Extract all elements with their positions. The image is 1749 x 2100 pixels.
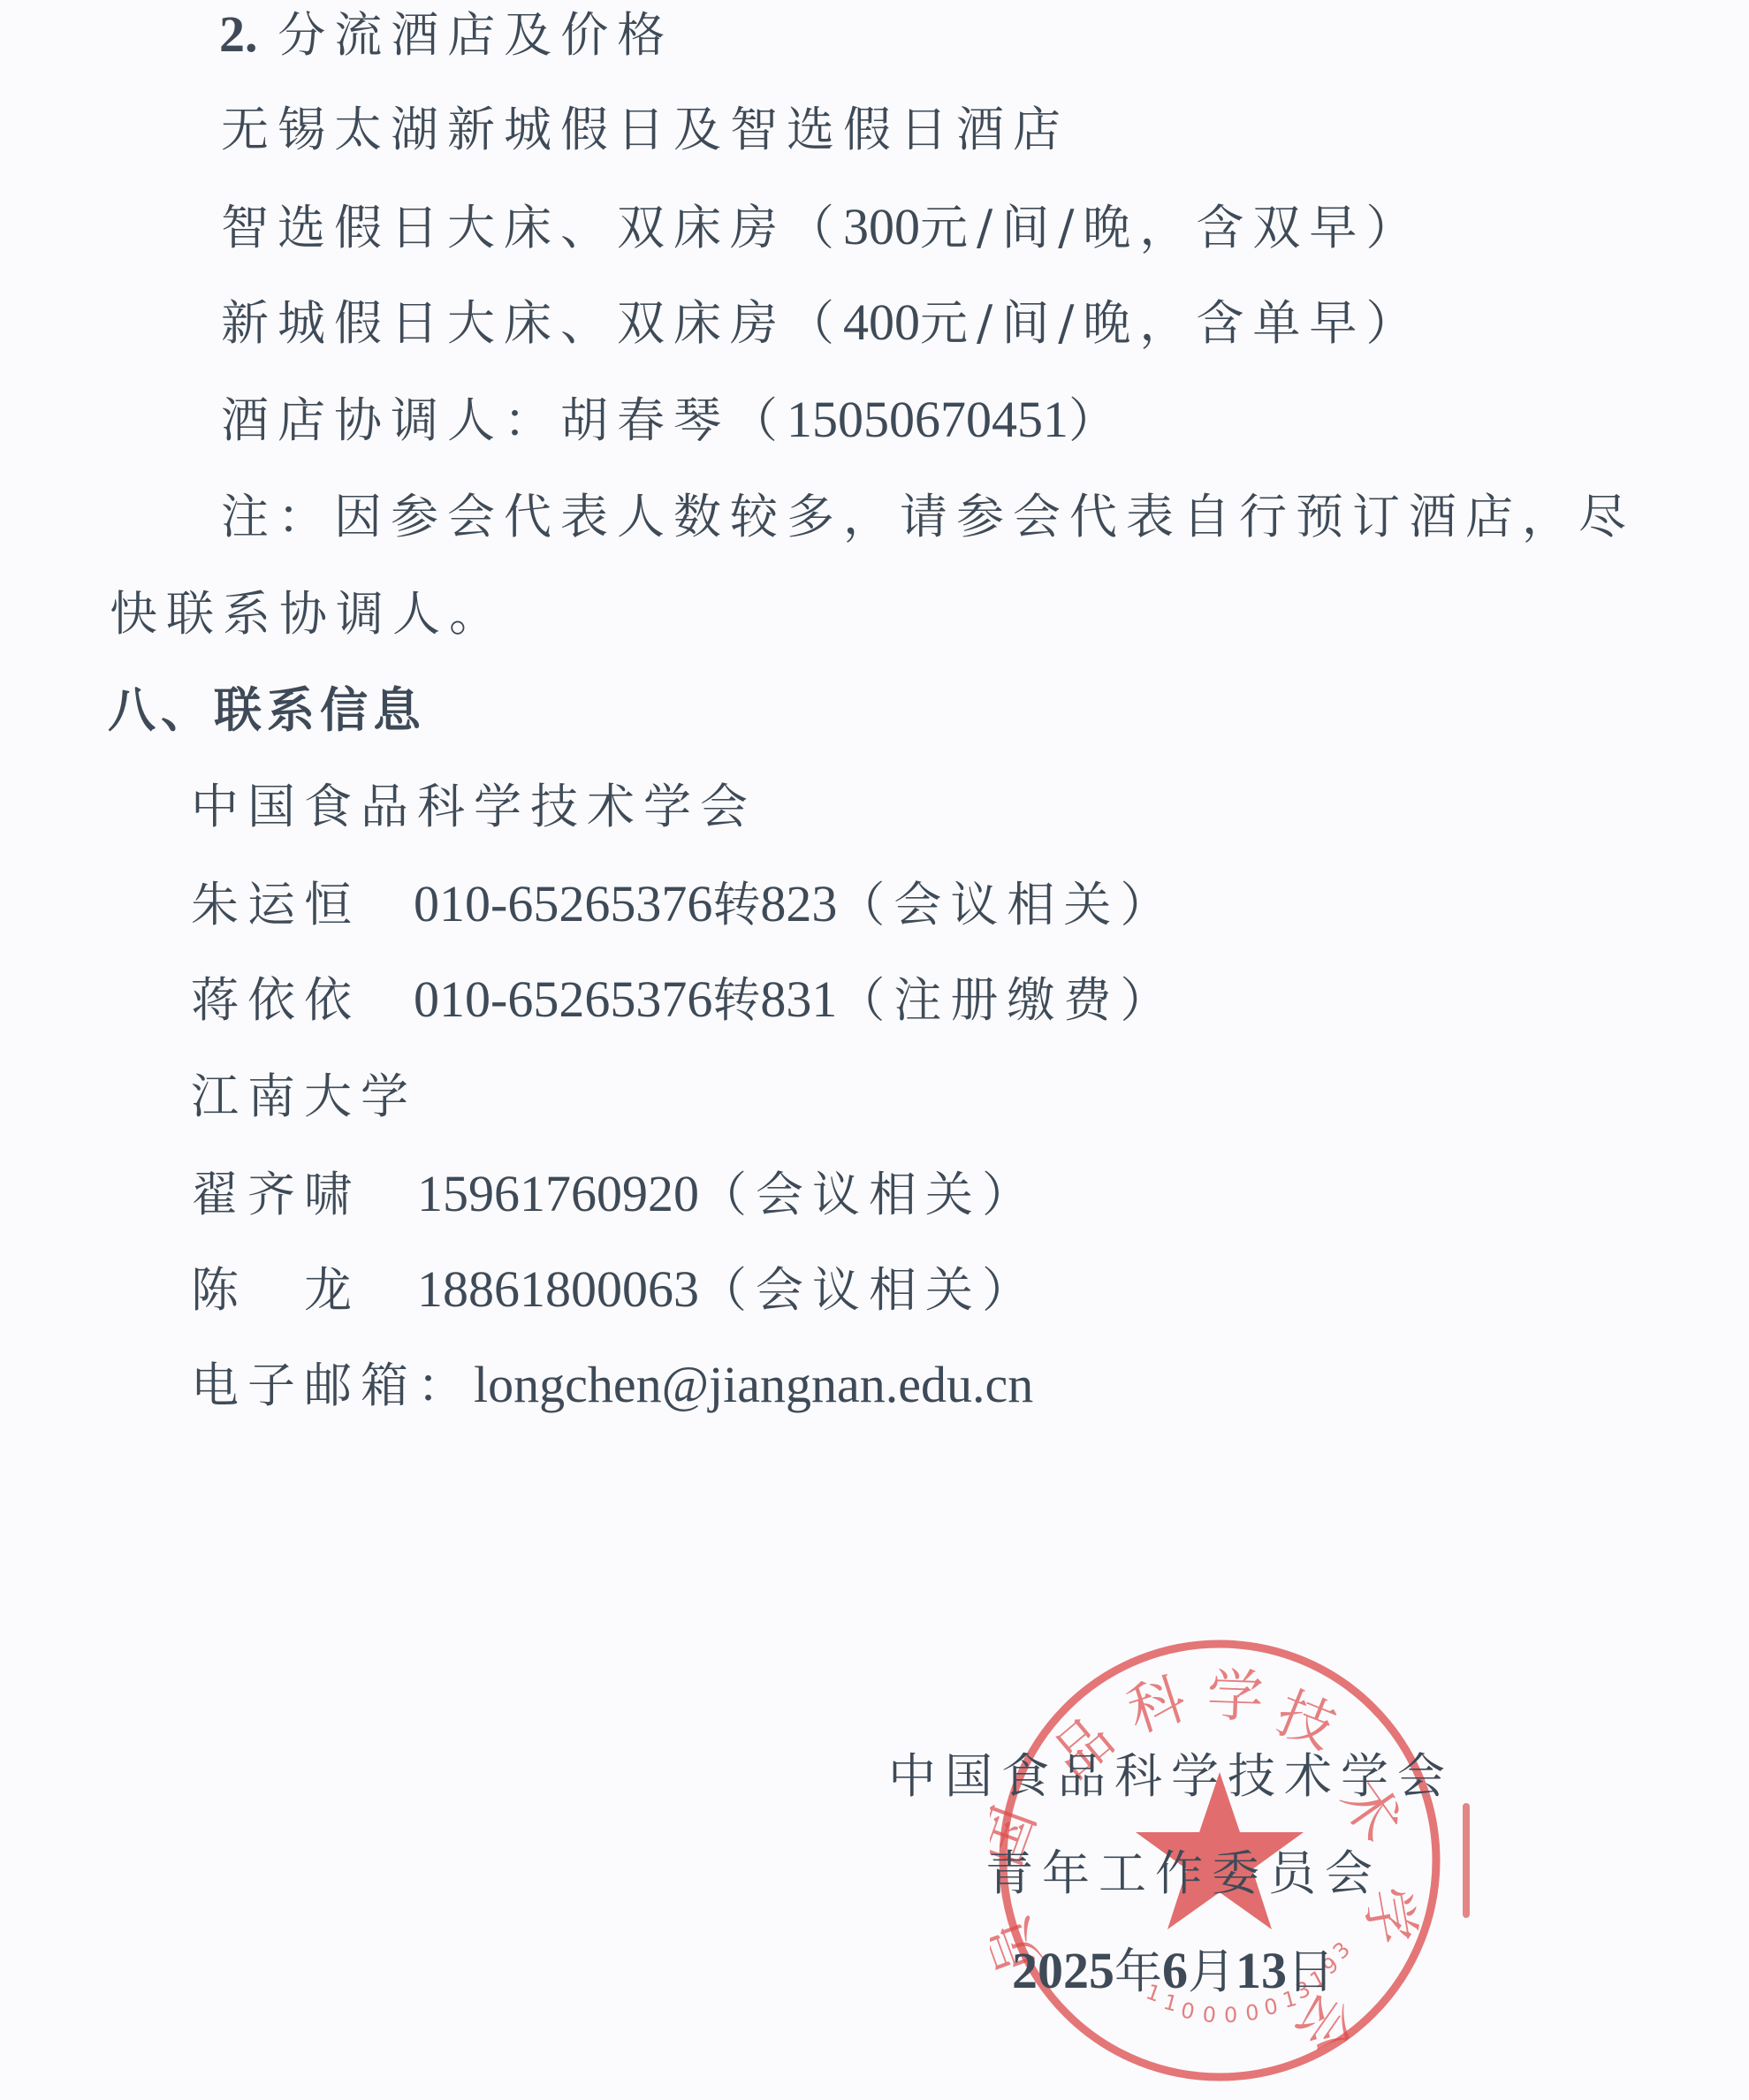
svg-text:0: 0 — [1224, 2003, 1237, 2028]
org-1: 中国食品科学技术学会 — [191, 776, 757, 838]
signature-committee: 青年工作委员会 — [985, 1843, 1381, 1905]
subheading-text: 分流酒店及价格 — [278, 7, 673, 63]
contact-purpose: （会议相关） — [837, 877, 1176, 932]
svg-text:0: 0 — [1244, 2000, 1260, 2026]
contact-purpose: （会议相关） — [699, 1167, 1038, 1222]
room-option-price: 400 — [843, 293, 920, 351]
contact-row: 翟齐啸15961760920（会议相关） — [191, 1163, 1038, 1226]
coordinator-label: 酒店协调人：胡春琴（ — [221, 392, 787, 448]
contact-heading: 八、联系信息 — [108, 679, 426, 741]
hotel-subheading: 2. 分流酒店及价格 — [219, 4, 673, 66]
date-month: 6 — [1162, 1942, 1188, 1999]
hotel-name: 无锡太湖新城假日及智选假日酒店 — [221, 99, 1069, 161]
coordinator-close: ） — [1068, 392, 1125, 448]
svg-text:科: 科 — [1120, 1666, 1194, 1746]
email-row: 电子邮箱：longchen@jiangnan.edu.cn — [191, 1354, 1033, 1417]
date-month-unit: 月 — [1188, 1944, 1236, 1999]
contact-purpose: （注册缴费） — [837, 972, 1176, 1028]
signature-org: 中国食品科学技术学会 — [888, 1746, 1454, 1807]
subheading-number: 2. — [219, 5, 258, 63]
note-line-1: 注：因参会代表人数较多，请参会代表自行预订酒店，尽 — [221, 486, 1635, 548]
note-line-2: 快联系协调人。 — [110, 583, 506, 645]
contact-name-last: 龙 — [304, 1262, 361, 1318]
contact-ext: 823 — [760, 875, 837, 932]
email-label: 电子邮箱： — [191, 1358, 474, 1413]
room-option-type: 新城假日大床、双床房（ — [221, 295, 843, 351]
email-link[interactable]: longchen@jiangnan.edu.cn — [474, 1356, 1033, 1413]
contact-name-first: 陈 — [191, 1262, 247, 1318]
date-day-unit: 日 — [1287, 1944, 1335, 1999]
room-option-1: 智选假日大床、双床房（300元/间/晚，含双早） — [221, 196, 1422, 259]
contact-phone: 18861800063 — [417, 1260, 699, 1318]
ext-label: 转 — [712, 877, 760, 932]
contact-purpose: （会议相关） — [699, 1262, 1038, 1318]
room-option-2: 新城假日大床、双床房（400元/间/晚，含单早） — [221, 292, 1422, 354]
contact-name: 蒋依依 — [191, 972, 361, 1028]
ext-label: 转 — [712, 972, 760, 1028]
room-option-price: 300 — [843, 198, 920, 255]
date-day: 13 — [1236, 1942, 1287, 1999]
org-2: 江南大学 — [191, 1066, 417, 1128]
svg-text:0: 0 — [1201, 2002, 1217, 2028]
contact-phone: 010-65265376 — [414, 875, 712, 932]
contact-phone: 15961760920 — [417, 1165, 699, 1222]
date-year-unit: 年 — [1114, 1944, 1162, 1999]
contact-row: 蒋依依010-65265376转831（注册缴费） — [191, 969, 1176, 1031]
contact-name: 翟齐啸 — [191, 1167, 361, 1222]
contact-phone: 010-65265376 — [414, 970, 712, 1028]
date-year: 2025 — [1012, 1942, 1114, 1999]
signature-date: 2025年6月13日 — [1012, 1940, 1335, 2003]
room-option-terms: 元/间/晚，含双早） — [920, 200, 1422, 255]
svg-text:学: 学 — [1205, 1663, 1265, 1731]
stamp-seam-mark — [1463, 1803, 1470, 1918]
contact-ext: 831 — [760, 970, 837, 1028]
room-option-terms: 元/间/晚，含单早） — [920, 295, 1422, 351]
coordinator-phone: 15050670451 — [787, 391, 1068, 448]
contact-name: 朱运恒 — [191, 877, 361, 932]
hotel-coordinator: 酒店协调人：胡春琴（15050670451） — [221, 389, 1125, 452]
room-option-type: 智选假日大床、双床房（ — [221, 200, 843, 255]
contact-row: 陈龙18861800063（会议相关） — [191, 1259, 1038, 1321]
contact-row: 朱运恒010-65265376转823（会议相关） — [191, 873, 1176, 936]
